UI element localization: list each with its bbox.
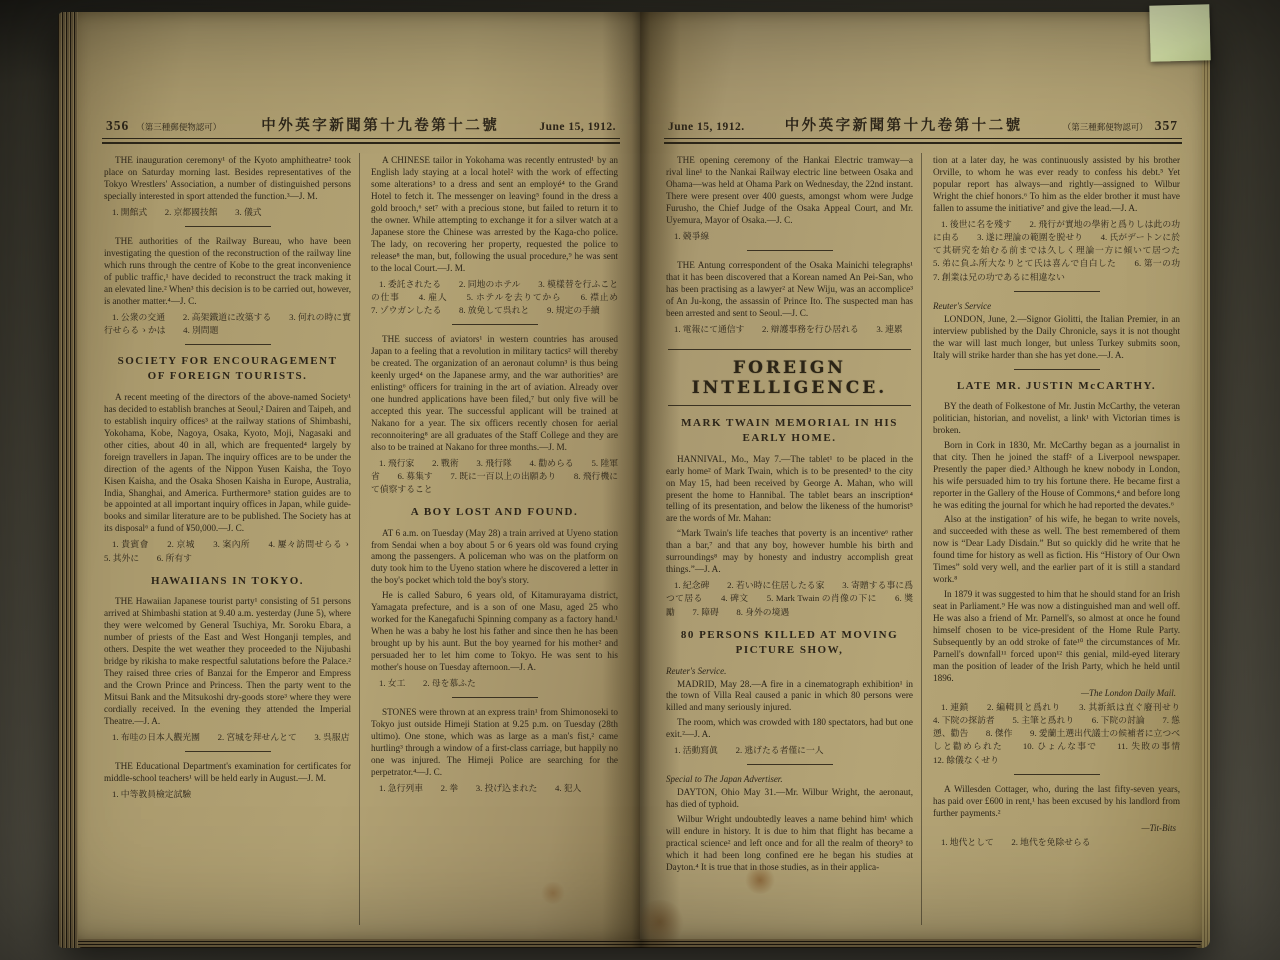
article-paragraph: THE inauguration ceremony¹ of the Kyoto … — [104, 155, 351, 203]
vocabulary-notes: 1. 急行列車 2. 拳 3. 投げ込まれた 4. 犯人 — [371, 782, 618, 795]
vocabulary-notes: 1. 開館式 2. 京都國技館 3. 儀式 — [104, 206, 351, 219]
article-paragraph: “Mark Twain's life teaches that poverty … — [666, 528, 913, 576]
vocabulary-notes: 1. 中等教員檢定試驗 — [104, 788, 351, 801]
page-edge-stack-left — [58, 12, 78, 948]
article-paragraph: LONDON, June, 2.—Signor Giolitti, the It… — [933, 314, 1180, 362]
section-divider — [452, 697, 538, 698]
article-paragraph: The room, which was crowded with 180 spe… — [666, 717, 913, 741]
source-attribution: —Tit-Bits — [937, 823, 1176, 833]
columns-container: THE inauguration ceremony¹ of the Kyoto … — [102, 153, 620, 925]
issue-date: June 15, 1912. — [539, 121, 616, 133]
news-service-byline: Special to The Japan Advertiser. — [666, 774, 913, 784]
section-divider — [185, 344, 271, 345]
masthead-title: 中外英字新聞第十九卷第十二號 — [785, 114, 1023, 135]
vocabulary-notes: 1. 布哇の日本人觀光團 2. 宮城を拜せんとて 3. 呉服店 — [104, 731, 351, 744]
article-paragraph: THE Antung correspondent of the Osaka Ma… — [666, 260, 913, 320]
article-paragraph: Wilbur Wright undoubtedly leaves a name … — [666, 814, 913, 874]
article-paragraph: Also at the instigation⁷ of his wife, he… — [933, 514, 1180, 586]
article-paragraph: A Willesden Cottager, who, during the la… — [933, 784, 1180, 820]
article-paragraph: BY the death of Folkestone of Mr. Justin… — [933, 401, 1180, 437]
columns-container: THE opening ceremony of the Hankai Elect… — [664, 153, 1182, 925]
vocabulary-notes: 1. 活動寫眞 2. 逃げたる者僅に一人 — [666, 744, 913, 757]
sticky-note — [1149, 4, 1210, 62]
article-paragraph: THE opening ceremony of the Hankai Elect… — [666, 155, 913, 227]
news-service-byline: Reuter's Service. — [666, 666, 913, 676]
vocabulary-notes: 1. 競爭線 — [666, 230, 913, 243]
left-page: 356 （第三種郵便物認可） 中外英字新聞第十九卷第十二號 June 15, 1… — [78, 12, 640, 948]
section-divider — [1014, 774, 1100, 775]
article-heading: LATE MR. JUSTIN McCARTHY. — [939, 379, 1174, 394]
article-paragraph: DAYTON, Ohio May 31.—Mr. Wilbur Wright, … — [666, 787, 913, 811]
article-paragraph: THE success of aviators¹ in western coun… — [371, 334, 618, 454]
section-divider — [452, 324, 538, 325]
header-rule — [664, 138, 1182, 144]
vocabulary-notes: 1. 電報にて通信す 2. 辯護事務を行ひ居れる 3. 連累 — [666, 323, 913, 336]
article-heading: 80 PERSONS KILLED AT MOVING PICTURE SHOW… — [672, 628, 907, 659]
open-book: 356 （第三種郵便物認可） 中外英字新聞第十九卷第十二號 June 15, 1… — [58, 12, 1210, 948]
issue-date: June 15, 1912. — [668, 121, 745, 133]
section-divider — [1014, 291, 1100, 292]
article-paragraph: THE authorities of the Railway Bureau, w… — [104, 236, 351, 308]
page-edge-stack-right — [1202, 12, 1210, 948]
article-heading: MARK TWAIN MEMORIAL IN HIS EARLY HOME. — [672, 416, 907, 447]
vocabulary-notes: 1. 貴賓會 2. 京城 3. 案內所 4. 屢々訪問せらるゝ 5. 其外に 6… — [104, 538, 351, 564]
article-paragraph: MADRID, May 28.—A fire in a cinematograp… — [666, 679, 913, 715]
article-paragraph: AT 6 a.m. on Tuesday (May 28) a train ar… — [371, 528, 618, 588]
section-divider — [747, 250, 833, 251]
postal-permit-note: （第三種郵便物認可） — [136, 121, 221, 133]
text-column: tion at a later day, he was continuously… — [921, 153, 1182, 925]
right-page-header: June 15, 1912. 中外英字新聞第十九卷第十二號 （第三種郵便物認可）… — [664, 114, 1182, 138]
section-divider — [747, 764, 833, 765]
vocabulary-notes: 1. 後世に名を殘す 2. 飛行が實地の學術と爲りしは此の功に由る 3. 遂に理… — [933, 218, 1180, 284]
article-paragraph: A CHINESE tailor in Yokohama was recentl… — [371, 155, 618, 275]
text-column: A CHINESE tailor in Yokohama was recentl… — [359, 153, 620, 925]
text-column: THE inauguration ceremony¹ of the Kyoto … — [102, 153, 359, 925]
vocabulary-notes: 1. 紀念碑 2. 若い時に住居したる家 3. 寄贈する事に爲つて居る 4. 碑… — [666, 579, 913, 619]
article-paragraph: A recent meeting of the directors of the… — [104, 392, 351, 535]
left-page-header: 356 （第三種郵便物認可） 中外英字新聞第十九卷第十二號 June 15, 1… — [102, 114, 620, 138]
article-paragraph: Born in Cork in 1830, Mr. McCarthy began… — [933, 440, 1180, 512]
article-heading: A BOY LOST AND FOUND. — [377, 505, 612, 520]
vocabulary-notes: 1. 委託されたる 2. 同地のホテル 3. 模樣替を行ふことの仕事 4. 雇人… — [371, 278, 618, 318]
article-paragraph: THE Hawaiian Japanese tourist party¹ con… — [104, 596, 351, 727]
source-attribution: —The London Daily Mail. — [937, 688, 1176, 698]
vocabulary-notes: 1. 公衆の交通 2. 高架鐵道に改築する 3. 何れの時に實行せらるゝかは 4… — [104, 311, 351, 337]
page-number: 357 — [1155, 118, 1178, 134]
article-paragraph: STONES were thrown at an express train¹ … — [371, 707, 618, 779]
article-paragraph: THE Educational Department's examination… — [104, 761, 351, 785]
photo-background: 356 （第三種郵便物認可） 中外英字新聞第十九卷第十二號 June 15, 1… — [0, 0, 1280, 960]
news-service-byline: Reuter's Service — [933, 301, 1180, 311]
section-divider — [185, 226, 271, 227]
header-rule — [102, 138, 620, 144]
article-paragraph: In 1879 it was suggested to him that he … — [933, 589, 1180, 685]
article-heading: HAWAIIANS IN TOKYO. — [110, 574, 345, 589]
text-column: THE opening ceremony of the Hankai Elect… — [664, 153, 921, 925]
article-heading: SOCIETY FOR ENCOURAGEMENT OF FOREIGN TOU… — [110, 354, 345, 385]
article-paragraph: He is called Saburo, 6 years old, of Kit… — [371, 590, 618, 674]
vocabulary-notes: 1. 女工 2. 母を慕ふた — [371, 677, 618, 690]
vocabulary-notes: 1. 飛行家 2. 戰術 3. 飛行隊 4. 勸めらる 5. 陸軍省 6. 募集… — [371, 457, 618, 497]
masthead-title: 中外英字新聞第十九卷第十二號 — [261, 114, 499, 135]
vocabulary-notes: 1. 連鎖 2. 編輯員と爲れり 3. 其新紙は直ぐ廢刊せり 4. 下院の探訪者… — [933, 701, 1180, 767]
postal-permit-note: （第三種郵便物認可） — [1063, 121, 1148, 133]
article-paragraph-continued: tion at a later day, he was continuously… — [933, 155, 1180, 215]
vocabulary-notes: 1. 地代として 2. 地代を免除せらる — [933, 836, 1180, 849]
article-paragraph: HANNIVAL, Mo., May 7.—The tablet¹ to be … — [666, 454, 913, 526]
page-number: 356 — [106, 118, 129, 134]
section-divider — [1014, 369, 1100, 370]
section-divider — [185, 751, 271, 752]
section-banner: FOREIGN INTELLIGENCE. — [668, 349, 911, 406]
right-page: June 15, 1912. 中外英字新聞第十九卷第十二號 （第三種郵便物認可）… — [640, 12, 1202, 948]
